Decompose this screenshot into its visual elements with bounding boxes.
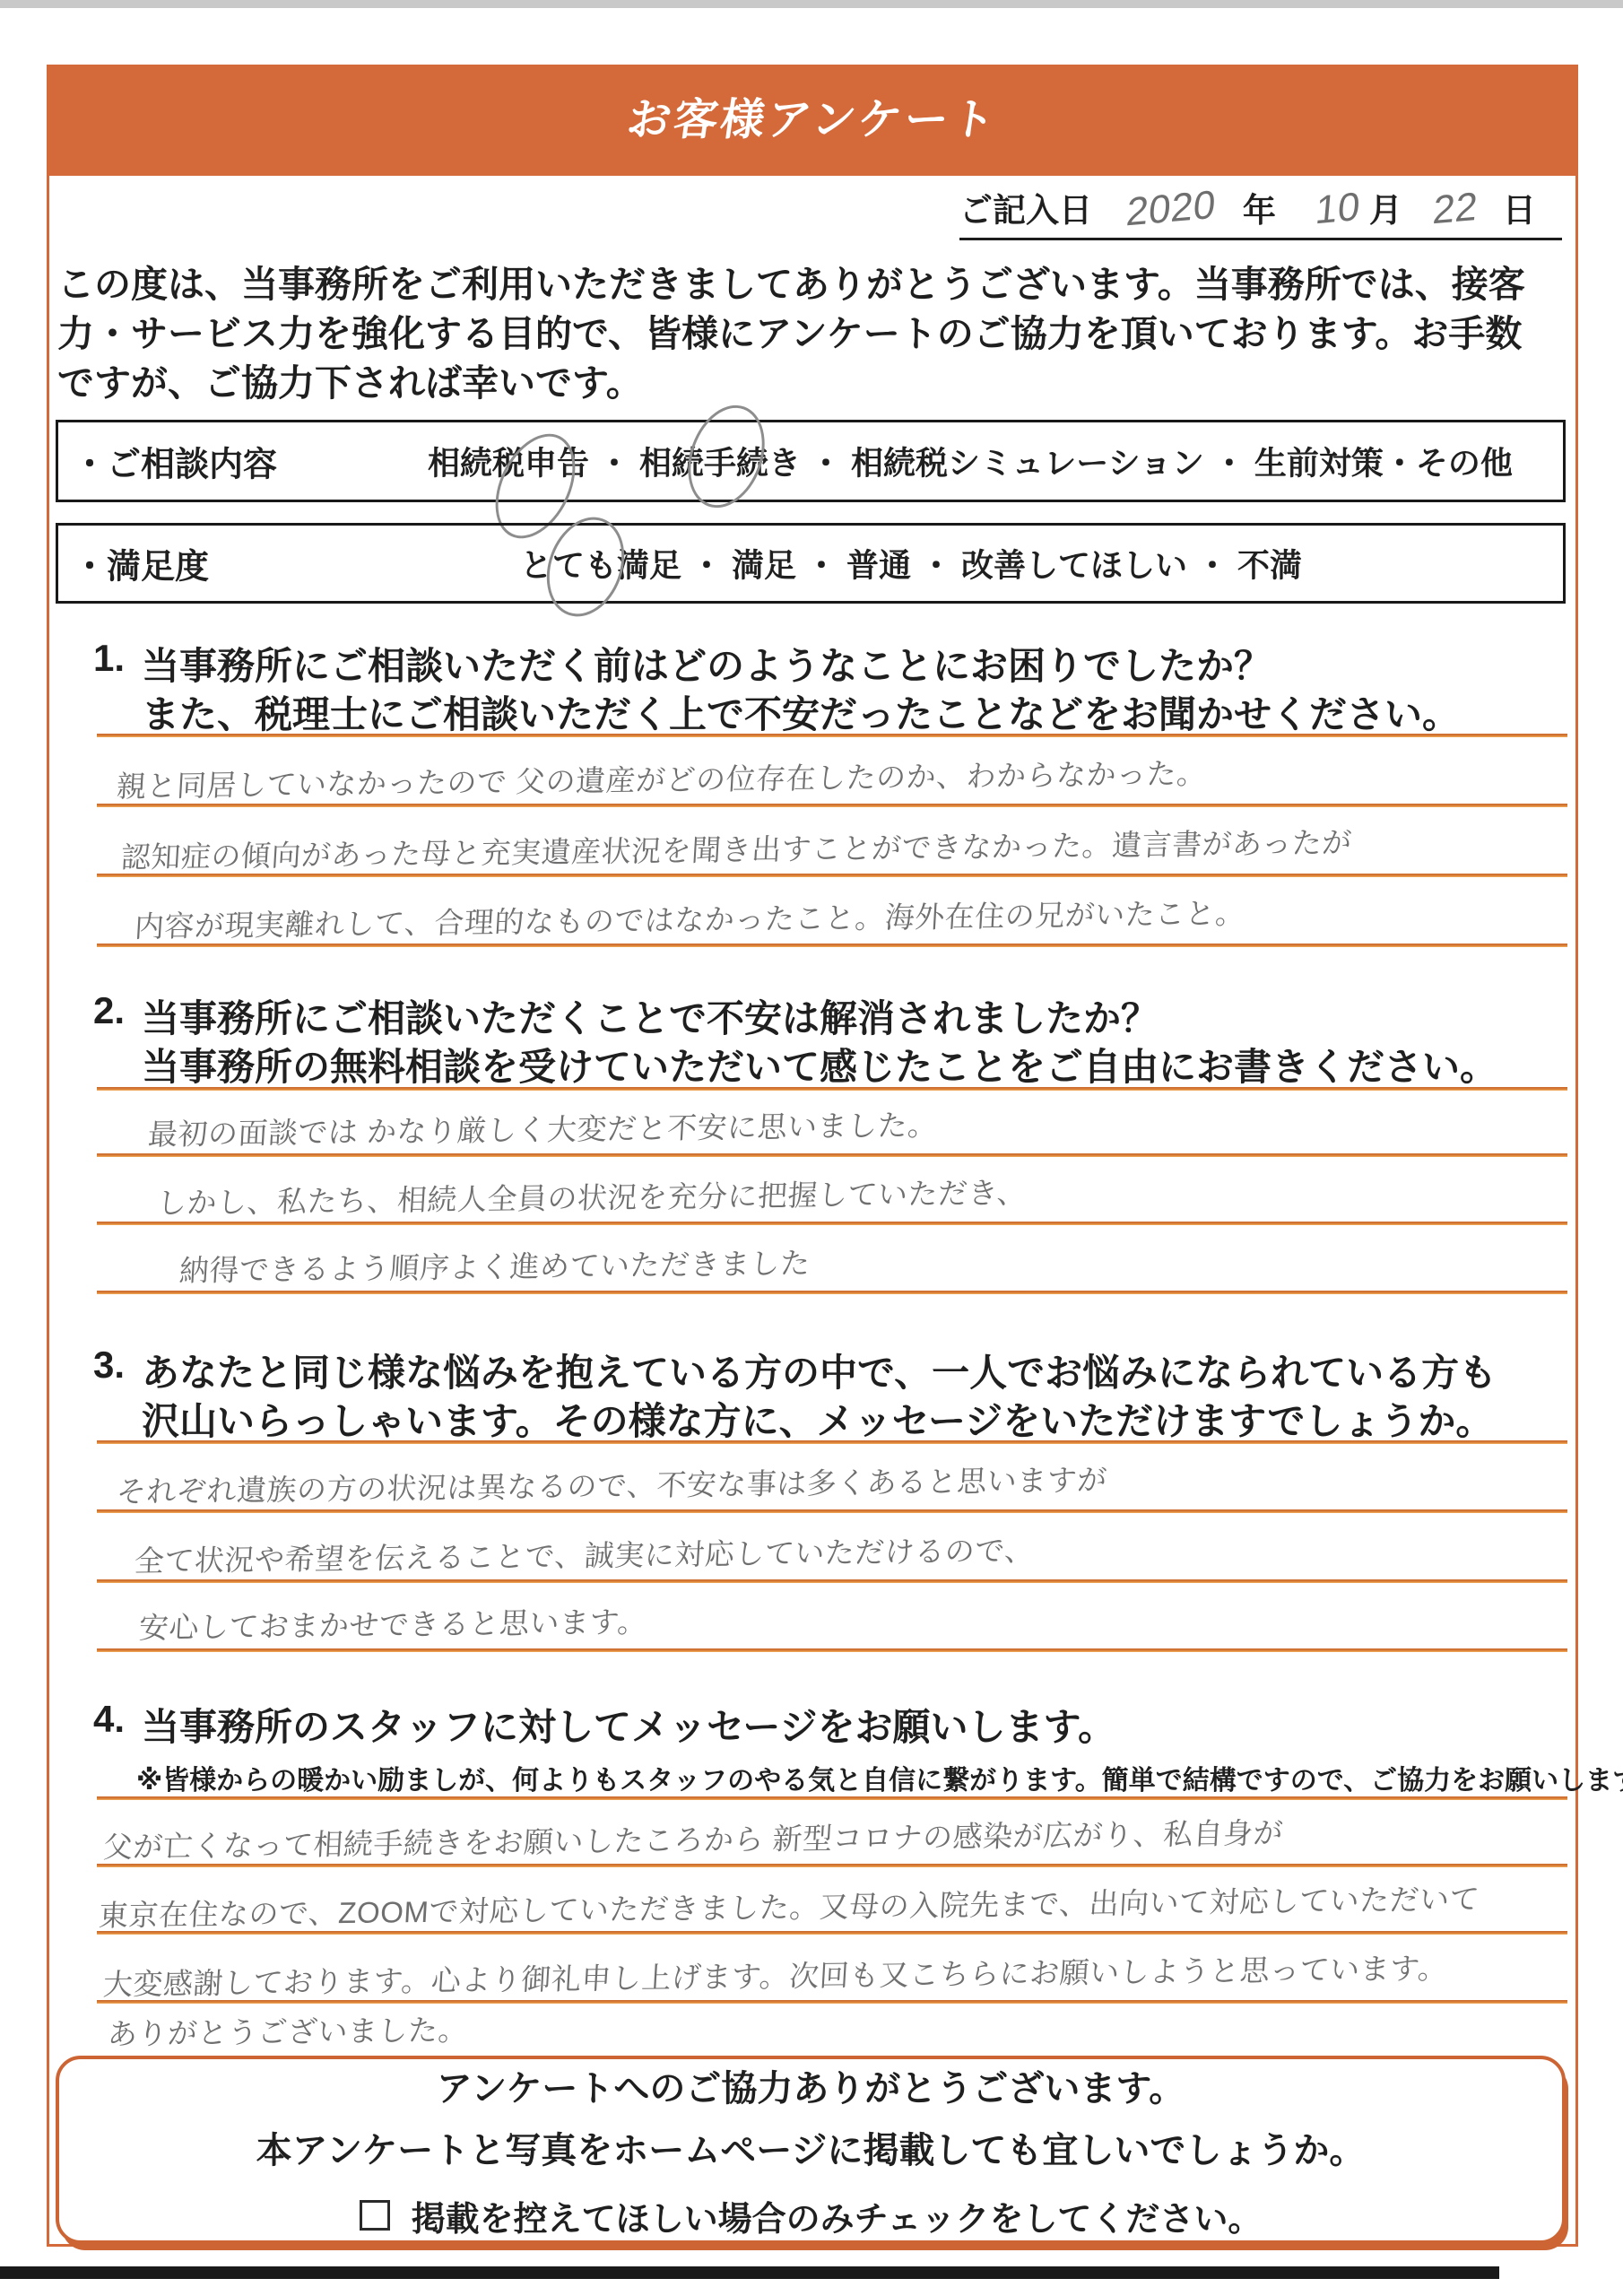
answer-rule <box>97 2000 1567 2004</box>
question-1-number: 1. <box>93 637 125 680</box>
day-unit: 日 <box>1503 183 1536 231</box>
answer-rule <box>97 1087 1567 1091</box>
title-banner: お客様アンケート <box>47 65 1578 176</box>
q3-answer-line: 安心しておまかせできると思います。 <box>138 1605 648 1647</box>
year-unit: 年 <box>1243 183 1276 231</box>
question-3-number: 3. <box>93 1344 125 1387</box>
publish-optout-checkbox[interactable] <box>360 2200 390 2231</box>
question-4-number: 4. <box>93 1698 125 1741</box>
answer-rule <box>97 1440 1567 1444</box>
intro-paragraph: この度は、当事務所をご利用いただきましてありがとうございます。当事務所では、接客… <box>57 260 1575 408</box>
answer-rule <box>97 804 1567 807</box>
footer-consent-box: アンケートへのご協力ありがとうございます。 本アンケートと写真をホームページに掲… <box>56 2056 1566 2244</box>
answer-rule <box>97 734 1567 737</box>
footer-thanks-text: アンケートへのご協力ありがとうございます。 <box>437 2060 1185 2111</box>
question-1-heading-line2: また、税理士にご相談いただく上で不安だったことなどをお聞かせください。 <box>142 685 1460 739</box>
answer-rule <box>97 1864 1567 1867</box>
date-month-handwritten: 10 <box>1314 185 1362 234</box>
answer-rule <box>97 1796 1567 1800</box>
month-unit: 月 <box>1369 183 1402 231</box>
survey-scan-page: お客様アンケート ご記入日 2020 年 10 月 22 日 この度は、当事務所… <box>0 0 1623 2296</box>
answer-rule <box>97 1648 1567 1652</box>
answer-rule <box>97 1509 1567 1513</box>
answer-rule <box>97 874 1567 877</box>
question-2-number: 2. <box>93 989 125 1032</box>
fill-in-date-row: ご記入日 2020 年 10 月 22 日 <box>959 183 1562 240</box>
intro-line: 力・サービス力を強化する目的で、皆様にアンケートのご協力を頂いております。お手数 <box>57 309 1575 359</box>
satisfaction-label: ・満足度 <box>73 539 209 588</box>
satisfaction-box: ・満足度 とても満足 ・ 満足 ・ 普通 ・ 改善してほしい ・ 不満 <box>56 523 1566 604</box>
satisfaction-options: とても満足 ・ 満足 ・ 普通 ・ 改善してほしい ・ 不満 <box>520 541 1302 587</box>
publish-optout-label: 掲載を控えてほしい場合のみチェックをしてください。 <box>412 2191 1263 2240</box>
consultation-options: 相続税申告 ・ 相続手続き ・ 相続税シミュレーション ・ 生前対策・その他 <box>428 439 1513 484</box>
page-title: お客様アンケート <box>39 65 1585 176</box>
answer-rule <box>97 1291 1567 1294</box>
answer-rule <box>97 1579 1567 1583</box>
scan-artifact-top <box>0 0 1623 8</box>
intro-line: この度は、当事務所をご利用いただきましてありがとうございます。当事務所では、接客 <box>57 260 1575 309</box>
consultation-type-box: ・ご相談内容 相続税申告 ・ 相続手続き ・ 相続税シミュレーション ・ 生前対… <box>56 420 1566 502</box>
question-4-note: ※皆様からの暖かい励ましが、何よりもスタッフのやる気と自信に繋がります。簡単で結… <box>136 1758 1623 1797</box>
answer-rule <box>97 1222 1567 1225</box>
q4-answer-line: ありがとうございました。 <box>107 2013 469 2053</box>
consultation-label: ・ご相談内容 <box>73 437 277 486</box>
answer-rule <box>97 944 1567 947</box>
date-label: ご記入日 <box>959 183 1092 231</box>
scan-artifact-bottom <box>0 2266 1499 2279</box>
question-2-heading-line1: 当事務所にご相談いただくことで不安は解消されましたか？ <box>142 989 1159 1043</box>
question-3-heading-line2: 沢山いらっしゃいます。その様な方に、メッセージをいただけますでしょうか。 <box>142 1392 1493 1446</box>
question-3-heading-line1: あなたと同じ様な悩みを抱えている方の中で、一人でお悩みになられている方も <box>142 1344 1497 1397</box>
intro-line: ですが、ご協力下されば幸いです。 <box>57 359 1575 408</box>
question-4-heading-line1: 当事務所のスタッフに対してメッセージをお願いします。 <box>142 1698 1115 1752</box>
publish-optout-row: 掲載を控えてほしい場合のみチェックをしてください。 <box>360 2191 1263 2240</box>
date-day-handwritten: 22 <box>1431 185 1480 234</box>
date-year-handwritten: 2020 <box>1124 182 1218 235</box>
answer-rule <box>97 1931 1567 1935</box>
question-2-heading-line2: 当事務所の無料相談を受けていただいて感じたことをご自由にお書きください。 <box>142 1038 1497 1091</box>
answer-rule <box>97 1153 1567 1157</box>
footer-publish-question: 本アンケートと写真をホームページに掲載しても宜しいでしょうか。 <box>256 2122 1366 2173</box>
question-1-heading-line1: 当事務所にご相談いただく前はどのようなことにお困りでしたか？ <box>142 637 1271 691</box>
